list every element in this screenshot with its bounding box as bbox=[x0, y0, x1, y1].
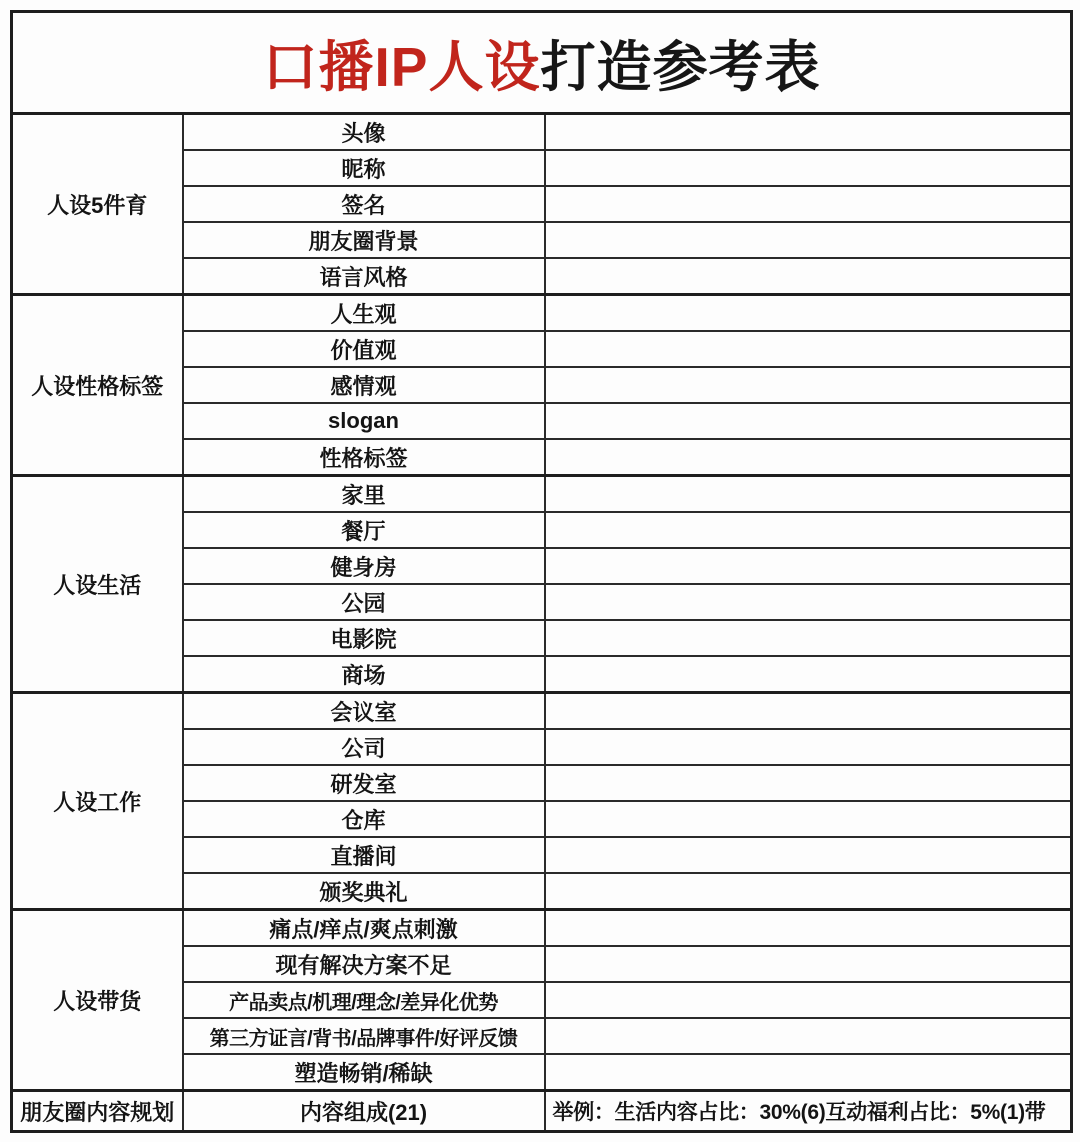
value-cell bbox=[545, 729, 1072, 765]
value-cell bbox=[545, 837, 1072, 873]
title-black-text: 打造参考表 bbox=[540, 36, 820, 98]
value-cell bbox=[545, 548, 1072, 584]
value-cell bbox=[545, 1054, 1072, 1091]
item-cell: 痛点/痒点/爽点刺激 bbox=[183, 910, 545, 947]
item-cell: 价值观 bbox=[183, 331, 545, 367]
group-label: 人设性格标签 bbox=[12, 295, 183, 476]
table-row: 人设工作 会议室 bbox=[12, 693, 1072, 730]
item-cell: 商场 bbox=[183, 656, 545, 693]
value-cell bbox=[545, 656, 1072, 693]
footer-label: 朋友圈内容规划 bbox=[12, 1091, 183, 1132]
value-cell bbox=[545, 584, 1072, 620]
value-cell bbox=[545, 331, 1072, 367]
title-accent-text: 口播IP人设 bbox=[263, 36, 541, 98]
item-cell: 语言风格 bbox=[183, 258, 545, 295]
item-cell: 健身房 bbox=[183, 548, 545, 584]
group-label: 人设工作 bbox=[12, 693, 183, 910]
item-cell: 家里 bbox=[183, 476, 545, 513]
value-cell bbox=[545, 946, 1072, 982]
value-cell bbox=[545, 512, 1072, 548]
reference-table: 口播IP人设打造参考表 人设5件育 头像 昵称 签名 朋友圈背景 语言风格 人设… bbox=[10, 10, 1073, 1133]
item-cell: 头像 bbox=[183, 114, 545, 151]
page: 口播IP人设打造参考表 人设5件育 头像 昵称 签名 朋友圈背景 语言风格 人设… bbox=[0, 0, 1080, 1142]
item-cell: 第三方证言/背书/品牌事件/好评反馈 bbox=[183, 1018, 545, 1054]
item-cell: 昵称 bbox=[183, 150, 545, 186]
item-cell: 感情观 bbox=[183, 367, 545, 403]
value-cell bbox=[545, 258, 1072, 295]
value-cell bbox=[545, 873, 1072, 910]
item-cell: 直播间 bbox=[183, 837, 545, 873]
item-cell: slogan bbox=[183, 403, 545, 439]
table-row: 人设性格标签 人生观 bbox=[12, 295, 1072, 332]
footer-middle-cell: 内容组成(21) bbox=[183, 1091, 545, 1132]
table-row: 人设带货 痛点/痒点/爽点刺激 bbox=[12, 910, 1072, 947]
item-cell: 签名 bbox=[183, 186, 545, 222]
item-cell: 朋友圈背景 bbox=[183, 222, 545, 258]
group-label: 人设5件育 bbox=[12, 114, 183, 295]
item-cell: 研发室 bbox=[183, 765, 545, 801]
item-cell: 公司 bbox=[183, 729, 545, 765]
value-cell bbox=[545, 801, 1072, 837]
item-cell: 性格标签 bbox=[183, 439, 545, 476]
group-label: 人设生活 bbox=[12, 476, 183, 693]
value-cell bbox=[545, 476, 1072, 513]
value-cell bbox=[545, 222, 1072, 258]
value-cell bbox=[545, 982, 1072, 1018]
item-cell: 塑造畅销/稀缺 bbox=[183, 1054, 545, 1091]
item-cell: 公园 bbox=[183, 584, 545, 620]
value-cell bbox=[545, 114, 1072, 151]
value-cell bbox=[545, 150, 1072, 186]
item-cell: 电影院 bbox=[183, 620, 545, 656]
value-cell bbox=[545, 693, 1072, 730]
item-cell: 现有解决方案不足 bbox=[183, 946, 545, 982]
value-cell bbox=[545, 439, 1072, 476]
group-label: 人设带货 bbox=[12, 910, 183, 1091]
table-row: 人设生活 家里 bbox=[12, 476, 1072, 513]
item-cell: 人生观 bbox=[183, 295, 545, 332]
value-cell bbox=[545, 295, 1072, 332]
value-cell bbox=[545, 620, 1072, 656]
value-cell bbox=[545, 910, 1072, 947]
item-cell: 仓库 bbox=[183, 801, 545, 837]
footer-row: 朋友圈内容规划 内容组成(21) 举例：生活内容占比：30%(6)互动福利占比：… bbox=[12, 1091, 1072, 1132]
footer-example-cell: 举例：生活内容占比：30%(6)互动福利占比：5%(1)带 bbox=[545, 1091, 1072, 1132]
item-cell: 产品卖点/机理/理念/差异化优势 bbox=[183, 982, 545, 1018]
value-cell bbox=[545, 1018, 1072, 1054]
value-cell bbox=[545, 186, 1072, 222]
item-cell: 会议室 bbox=[183, 693, 545, 730]
title-row: 口播IP人设打造参考表 bbox=[12, 12, 1072, 114]
page-title: 口播IP人设打造参考表 bbox=[12, 12, 1072, 114]
value-cell bbox=[545, 367, 1072, 403]
item-cell: 餐厅 bbox=[183, 512, 545, 548]
value-cell bbox=[545, 765, 1072, 801]
item-cell: 颁奖典礼 bbox=[183, 873, 545, 910]
table-row: 人设5件育 头像 bbox=[12, 114, 1072, 151]
value-cell bbox=[545, 403, 1072, 439]
